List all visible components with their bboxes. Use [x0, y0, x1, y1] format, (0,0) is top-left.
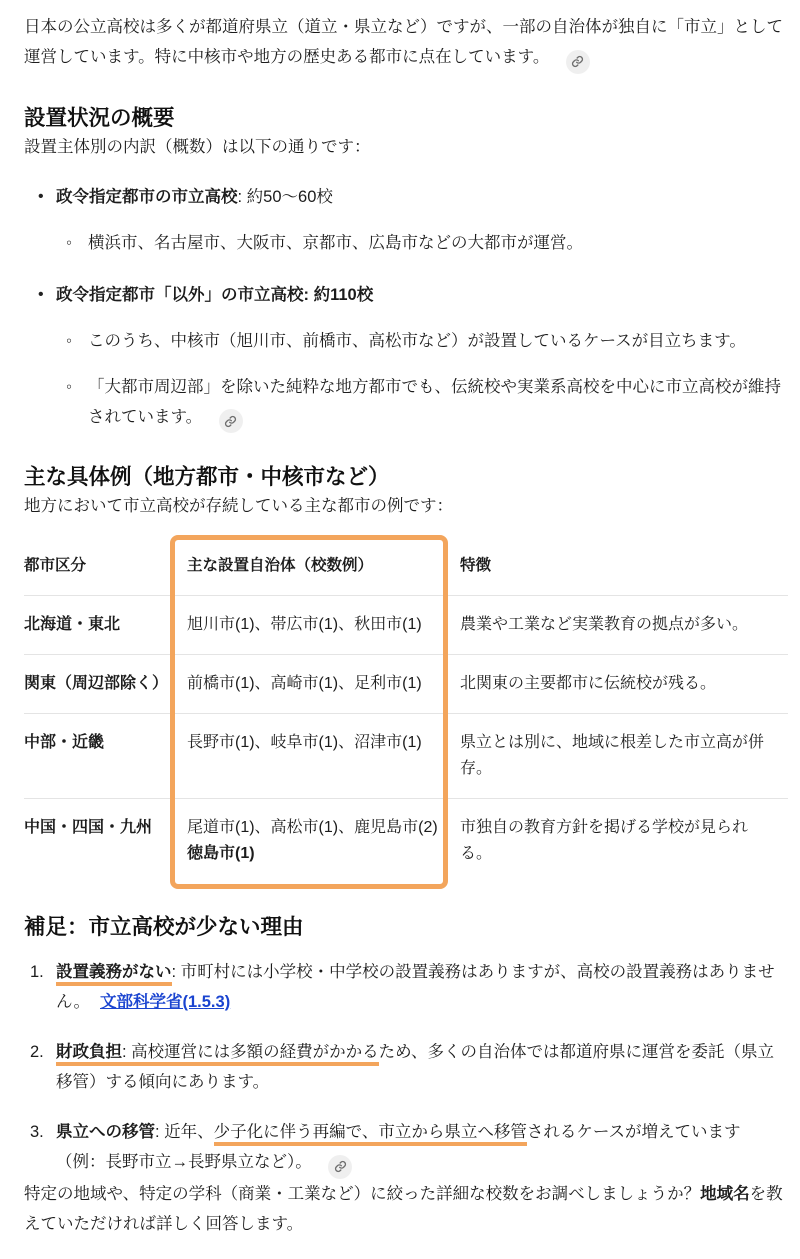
citation-link-icon[interactable]	[328, 1155, 352, 1179]
section-heading-reasons: 補足：市立高校が少ない理由	[24, 913, 788, 941]
reason-text: 県立への移管: 近年、少子化に伴う再編で、市立から県立へ移管されるケースが増えて…	[56, 1117, 788, 1179]
list-number: 1.	[30, 957, 56, 1017]
sub-list-item: ◦ 横浜市、名古屋市、大阪市、京都市、広島市などの大都市が運営。	[66, 228, 788, 258]
cities-text: 尾道市(1)、高松市(1)、鹿児島市(2)	[187, 819, 438, 836]
reason-body-prefix: : 近年、	[155, 1123, 214, 1141]
reason-body-underlined: 少子化に伴う再編で、市立から県立へ移管	[214, 1123, 527, 1146]
reason-text: 財政負担: 高校運営には多額の経費がかかるため、多くの自治体では都道府県に運営を…	[56, 1037, 788, 1097]
city-examples-table: 都市区分 主な設置自治体（校数例） 特徴 北海道・東北 旭川市(1)、帯広市(1…	[24, 541, 788, 883]
chat-response-document: 日本の公立高校は多くが都道府県立（道立・県立など）ですが、一部の自治体が独自に「…	[0, 0, 800, 1259]
item-value: : 約50〜60校	[238, 188, 333, 206]
list-item-non-designated-cities: • 政令指定都市「以外」の市立高校: 約110校 ◦ このうち、中核市（旭川市、…	[38, 280, 788, 434]
reason-label-underlined: 財政負担	[56, 1043, 122, 1066]
list-item-text: 政令指定都市「以外」の市立高校: 約110校	[56, 280, 788, 310]
cell-feature: 市独自の教育方針を掲げる学校が見られる。	[460, 799, 788, 884]
list-item-text: 政令指定都市の市立高校: 約50〜60校	[56, 182, 788, 212]
reason-item-no-obligation: 1. 設置義務がない: 市町村には小学校・中学校の設置義務はありますが、高校の設…	[30, 957, 788, 1017]
sub-list-item: ◦ このうち、中核市（旭川市、前橋市、高松市など）が設置しているケースが目立ちま…	[66, 326, 788, 356]
sub-item-text: 横浜市、名古屋市、大阪市、京都市、広島市などの大都市が運営。	[88, 228, 788, 258]
column-header-cities: 主な設置自治体（校数例）	[187, 541, 460, 596]
table-row: 関東（周辺部除く） 前橋市(1)、高崎市(1)、足利市(1) 北関東の主要都市に…	[24, 655, 788, 714]
sub-list: ◦ このうち、中核市（旭川市、前橋市、高松市など）が設置しているケースが目立ちま…	[56, 326, 788, 434]
overview-lead: 設置主体別の内訳（概数）は以下の通りです：	[24, 132, 788, 162]
cell-region: 関東（周辺部除く）	[24, 655, 187, 714]
bullet-icon: •	[38, 182, 56, 258]
section-heading-overview: 設置状況の概要	[24, 104, 788, 132]
cell-region: 中国・四国・九州	[24, 799, 187, 884]
column-header-region: 都市区分	[24, 541, 187, 596]
reason-label: 県立への移管	[56, 1123, 155, 1141]
reason-text: 設置義務がない: 市町村には小学校・中学校の設置義務はありますが、高校の設置義務…	[56, 957, 788, 1017]
item-label: 政令指定都市の市立高校	[56, 188, 238, 206]
cell-cities: 尾道市(1)、高松市(1)、鹿児島市(2) 徳島市(1)	[187, 799, 460, 884]
closing-text: 特定の地域や、特定の学科（商業・工業など）に絞った詳細な校数をお調べしましょうか…	[24, 1185, 700, 1203]
overview-list: • 政令指定都市の市立高校: 約50〜60校 ◦ 横浜市、名古屋市、大阪市、京都…	[24, 182, 788, 434]
list-item-designated-cities: • 政令指定都市の市立高校: 約50〜60校 ◦ 横浜市、名古屋市、大阪市、京都…	[38, 182, 788, 258]
intro-paragraph: 日本の公立高校は多くが都道府県立（道立・県立など）ですが、一部の自治体が独自に「…	[24, 12, 788, 74]
closing-bold-text: 地域名	[700, 1185, 750, 1203]
table-row: 中部・近畿 長野市(1)、岐阜市(1)、沼津市(1) 県立とは別に、地域に根差し…	[24, 714, 788, 799]
citation-link-icon[interactable]	[566, 50, 590, 74]
reason-item-fiscal-burden: 2. 財政負担: 高校運営には多額の経費がかかるため、多くの自治体では都道府県に…	[30, 1037, 788, 1097]
sub-bullet-icon: ◦	[66, 228, 88, 258]
cell-feature: 北関東の主要都市に伝統校が残る。	[460, 655, 788, 714]
cities-text: 旭川市(1)、帯広市(1)、秋田市(1)	[187, 616, 422, 633]
examples-table-wrapper: 都市区分 主な設置自治体（校数例） 特徴 北海道・東北 旭川市(1)、帯広市(1…	[24, 541, 788, 883]
reason-item-prefectural-transfer: 3. 県立への移管: 近年、少子化に伴う再編で、市立から県立へ移管されるケースが…	[30, 1117, 788, 1179]
reason-label-underlined: 設置義務がない	[56, 963, 172, 986]
cell-region: 中部・近畿	[24, 714, 187, 799]
cities-text: 長野市(1)、岐阜市(1)、沼津市(1)	[187, 734, 422, 751]
list-number: 2.	[30, 1037, 56, 1097]
sub-item-text: このうち、中核市（旭川市、前橋市、高松市など）が設置しているケースが目立ちます。	[88, 326, 788, 356]
list-number: 3.	[30, 1117, 56, 1179]
sub-item-text-run: 「大都市周辺部」を除いた純粋な地方都市でも、伝統校や実業系高校を中心に市立高校が…	[88, 378, 781, 426]
item-value: : 約110校	[304, 286, 374, 304]
intro-text: 日本の公立高校は多くが都道府県立（道立・県立など）ですが、一部の自治体が独自に「…	[24, 18, 783, 66]
citation-link-icon[interactable]	[219, 409, 243, 433]
table-row: 中国・四国・九州 尾道市(1)、高松市(1)、鹿児島市(2) 徳島市(1) 市独…	[24, 799, 788, 884]
cell-feature: 県立とは別に、地域に根差した市立高が併存。	[460, 714, 788, 799]
item-label: 政令指定都市「以外」の市立高校	[56, 286, 304, 304]
cell-region: 北海道・東北	[24, 596, 187, 655]
sub-bullet-icon: ◦	[66, 326, 88, 356]
cell-cities: 旭川市(1)、帯広市(1)、秋田市(1)	[187, 596, 460, 655]
closing-paragraph: 特定の地域や、特定の学科（商業・工業など）に絞った詳細な校数をお調べしましょうか…	[24, 1179, 788, 1239]
sub-item-text: 「大都市周辺部」を除いた純粋な地方都市でも、伝統校や実業系高校を中心に市立高校が…	[88, 372, 788, 434]
table-row: 北海道・東北 旭川市(1)、帯広市(1)、秋田市(1) 農業や工業など実業教育の…	[24, 596, 788, 655]
cell-feature: 農業や工業など実業教育の拠点が多い。	[460, 596, 788, 655]
sub-list-item: ◦ 「大都市周辺部」を除いた純粋な地方都市でも、伝統校や実業系高校を中心に市立高…	[66, 372, 788, 434]
reasons-list: 1. 設置義務がない: 市町村には小学校・中学校の設置義務はありますが、高校の設…	[24, 957, 788, 1179]
mext-source-link[interactable]: 文部科学省(1.5.3)	[100, 993, 230, 1011]
bullet-icon: •	[38, 280, 56, 434]
cell-cities: 前橋市(1)、高崎市(1)、足利市(1)	[187, 655, 460, 714]
sub-list: ◦ 横浜市、名古屋市、大阪市、京都市、広島市などの大都市が運営。	[56, 228, 788, 258]
reason-body-underlined: : 高校運営には多額の経費がかかる	[122, 1043, 379, 1066]
cities-text: 前橋市(1)、高崎市(1)、足利市(1)	[187, 675, 422, 692]
section-heading-examples: 主な具体例（地方都市・中核市など）	[24, 463, 788, 491]
sub-bullet-icon: ◦	[66, 372, 88, 434]
column-header-feature: 特徴	[460, 541, 788, 596]
table-header-row: 都市区分 主な設置自治体（校数例） 特徴	[24, 541, 788, 596]
cell-cities: 長野市(1)、岐阜市(1)、沼津市(1)	[187, 714, 460, 799]
examples-lead: 地方において市立高校が存続している主な都市の例です：	[24, 491, 788, 521]
cities-text-bold: 徳島市(1)	[187, 845, 255, 862]
